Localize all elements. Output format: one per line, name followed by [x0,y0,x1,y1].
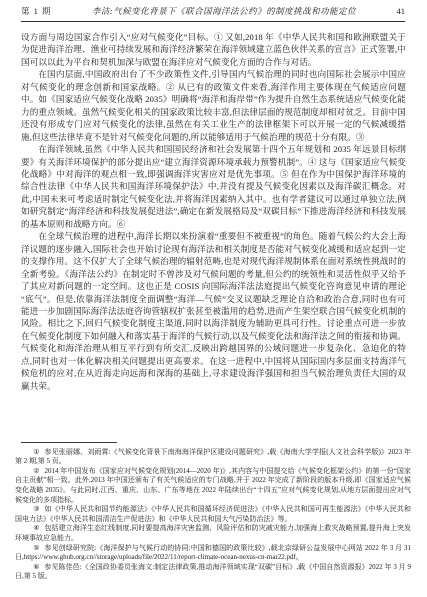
body-paragraph: 在海洋领域,虽然《中华人民共和国国民经济和社会发展第十四个五年规划和 2035 … [21,143,406,230]
footnote-marker: ④ [33,524,39,532]
footnote-text: 包括建立海洋生态红线制度,同时要提高海洋灾害监测、风险评估和防灾减灾能力,加强海… [15,524,411,542]
footnote-text: 参见张丽娜、刘雨霄:《气候变化背景下南海海洋保护区建设问题研究》,载《海南大学学… [15,448,411,466]
running-title: 李洁:气候变化背景下《联合国海洋法公约》的制度挑战和功能定位 [52,6,397,17]
footnote: ②2014 年中国发布《国家应对气候变化规划(2014—2020 年)》,其内容… [15,467,411,505]
footnote: ①参见张丽娜、刘雨霄:《气候变化背景下南海海洋保护区建设问题研究》,载《海南大学… [15,448,411,467]
body-paragraph: 设方面与周边国家合作引入“应对气候变化”目标。① 又如,2018 年《中华人民共… [21,31,406,68]
footnote: ③如《中华人民共和国节约能源法》《中华人民共和国循环经济促进法》《中华人民共和国… [15,505,411,524]
footnote-text: 2014 年中国发布《国家应对气候变化规划(2014—2020 年)》,其内容与… [15,467,411,504]
footnote-text: 如《中华人民共和国节约能源法》《中华人民共和国循环经济促进法》《中华人民共和国可… [15,505,411,523]
body-paragraph: 在国内层面,中国政府出台了不少政策性文件,引导国内气候治理的同时也向国际社会展示… [21,68,406,143]
footnote-marker: ⑥ [33,563,39,571]
footnote-separator [21,442,117,443]
page-header: 第 1 期 李洁:气候变化背景下《联合国海洋法公约》的制度挑战和功能定位 41 [21,6,405,22]
footnote-section: ①参见张丽娜、刘雨霄:《气候变化背景下南海海洋保护区建设问题研究》,载《海南大学… [15,442,411,582]
footnote: ④包括建立海洋生态红线制度,同时要提高海洋灾害监测、风险评估和防灾减灾能力,加强… [15,524,411,543]
article-body: 设方面与周边国家合作引入“应对气候变化”目标。① 又如,2018 年《中华人民共… [21,31,406,392]
footnote-text: 参见陈佳邑:《全国政协委员张海文:制定法律政策,推动海洋领域实现“双碳”目标》,… [15,563,411,581]
footnote-text: 参见创绿研究院:《海洋保护与气候行动的协同:中国和德国的政策比较》,载北京绿研公… [15,544,411,562]
footnote-marker: ⑤ [33,544,39,552]
footnote: ⑤参见创绿研究院:《海洋保护与气候行动的协同:中国和德国的政策比较》,载北京绿研… [15,544,411,563]
footnote-marker: ① [33,448,39,456]
footnote: ⑥参见陈佳邑:《全国政协委员张海文:制定法律政策,推动海洋领域实现“双碳”目标》… [15,563,411,582]
issue-number: 第 1 期 [21,6,52,17]
journal-page: 第 1 期 李洁:气候变化背景下《联合国海洋法公约》的制度挑战和功能定位 41 … [0,0,427,597]
footnote-marker: ② [33,467,39,475]
footnote-marker: ③ [33,505,39,513]
page-number: 41 [397,6,406,17]
body-paragraph: 在全球气候治理的进程中,海洋长期以来扮演着“重要但不被重视”的角色。随着气候公约… [21,230,406,392]
